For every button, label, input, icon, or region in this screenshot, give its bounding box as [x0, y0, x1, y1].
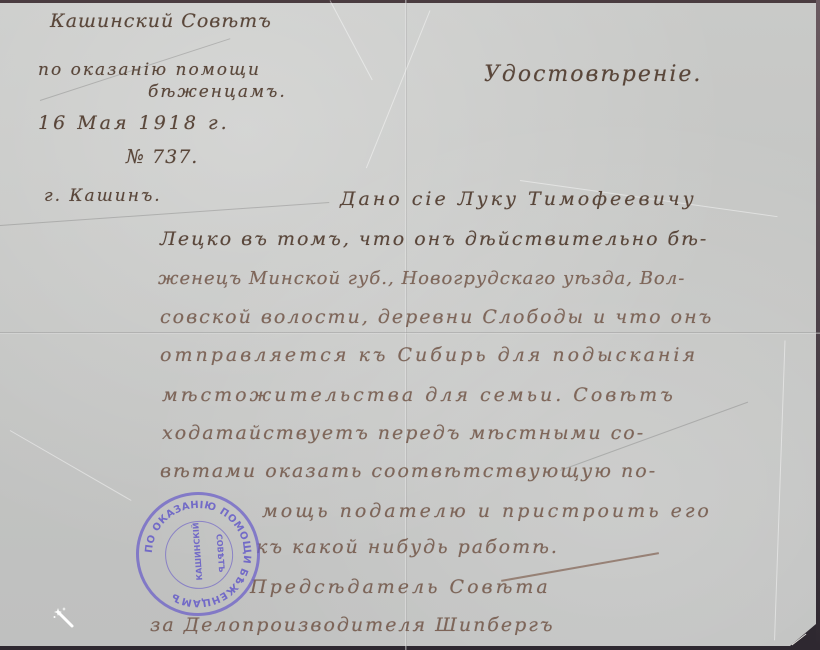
magic-wand-icon[interactable]	[52, 606, 76, 630]
body-line-2: Лецко въ томъ, что онъ дѣйствительно бѣ-	[160, 228, 708, 250]
horizontal-fold	[0, 332, 820, 334]
signature-clerk: за Делопроизводителя Шипбергъ	[150, 614, 555, 636]
org-name-line2: по оказанію помощи	[38, 60, 261, 80]
body-line-8: вѣтами оказать соотвѣтствующую по-	[160, 460, 657, 482]
body-line-3: женецъ Минской губ., Новогрудскаго уѣзда…	[158, 268, 685, 289]
edge-top	[0, 0, 820, 3]
edge-right	[816, 0, 820, 650]
body-line-5: отправляется къ Сибирь для подысканія	[160, 344, 698, 366]
org-name-line3: бѣженцамъ.	[148, 82, 287, 102]
crease	[774, 340, 785, 640]
document-photo: Кашинский Совѣтъ по оказанію помощи бѣже…	[0, 0, 820, 650]
document-title: Удостовѣреніе.	[484, 62, 702, 87]
body-line-4: совской волости, деревни Слободы и что о…	[160, 306, 713, 328]
crease	[366, 10, 431, 168]
crease	[10, 430, 132, 501]
body-line-6: мѣстожительства для семьи. Совѣтъ	[162, 384, 676, 406]
body-line-7: ходатайствуетъ передъ мѣстными со-	[162, 422, 645, 444]
document-number: № 737.	[126, 146, 198, 168]
official-stamp: ПО ОКАЗАНІЮ ПОМОЩИ БѢЖЕНЦАМЪ КАШИНСКІЙ С…	[130, 486, 266, 622]
crease	[330, 0, 373, 80]
body-line-1: Дано сіе Луку Тимофеевичу	[340, 188, 697, 210]
org-name-line1: Кашинский Совѣтъ	[50, 10, 272, 32]
document-date: 16 Мая 1918 г.	[38, 112, 230, 134]
body-line-10: къ какой нибудь работѣ.	[256, 536, 559, 558]
edge-bottom	[0, 646, 820, 650]
document-place: г. Кашинъ.	[44, 186, 162, 206]
body-line-9: мощь подателю и пристроить его	[262, 500, 712, 522]
